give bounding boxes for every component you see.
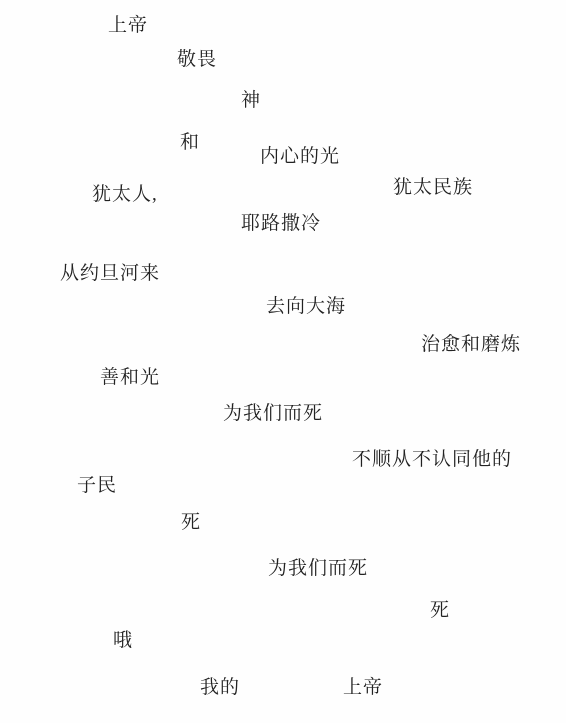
scattered-word-19: 我的: [200, 678, 240, 697]
scattered-word-6: 犹太民族: [393, 178, 473, 197]
scattered-word-9: 去向大海: [266, 297, 346, 316]
scattered-word-10: 治愈和磨炼: [421, 335, 521, 354]
scattered-word-17: 死: [430, 601, 450, 620]
scattered-word-1: 敬畏: [177, 50, 217, 69]
scattered-word-12: 为我们而死: [223, 404, 323, 423]
scattered-word-2: 神: [241, 91, 261, 110]
scattered-word-5: 犹太人,: [92, 185, 158, 204]
scattered-word-4: 内心的光: [260, 147, 340, 166]
scattered-word-18: 哦: [113, 631, 133, 650]
scattered-word-15: 死: [181, 513, 201, 532]
scattered-word-0: 上帝: [108, 16, 148, 35]
scattered-word-7: 耶路撒冷: [241, 214, 321, 233]
scattered-word-3: 和: [180, 133, 200, 152]
scattered-word-11: 善和光: [100, 368, 160, 387]
scattered-word-13: 不顺从不认同他的: [352, 450, 512, 469]
scattered-word-14: 子民: [77, 476, 117, 495]
scattered-word-8: 从约旦河来: [60, 264, 160, 283]
scattered-word-20: 上帝: [343, 678, 383, 697]
scattered-word-16: 为我们而死: [268, 559, 368, 578]
document-page: 上帝敬畏神和内心的光犹太人,犹太民族耶路撒冷从约旦河来去向大海治愈和磨炼善和光为…: [0, 0, 566, 723]
